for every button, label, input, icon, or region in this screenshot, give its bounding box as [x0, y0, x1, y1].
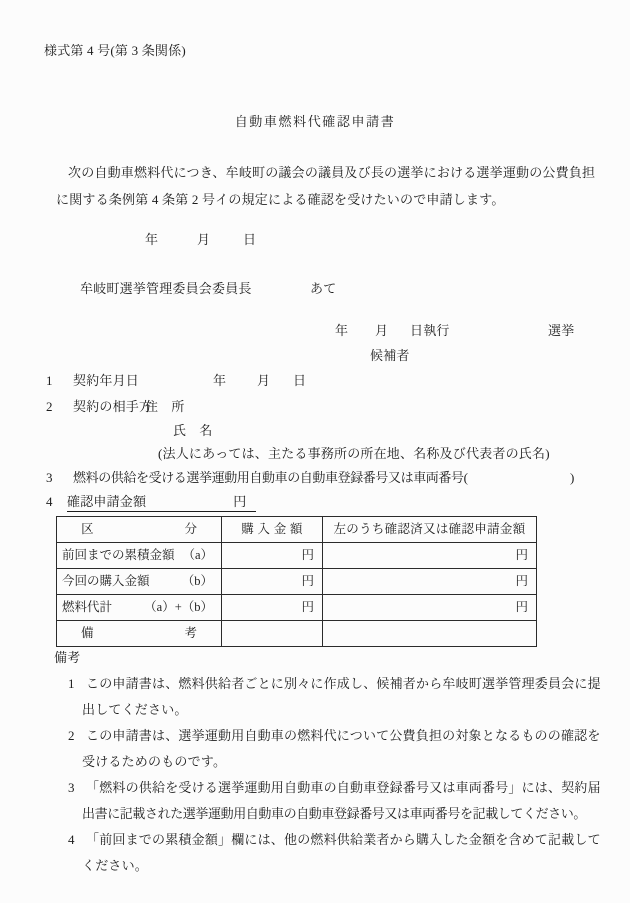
- application-date-day-label: 日: [243, 233, 256, 246]
- item2-address-label: 住 所: [145, 400, 185, 413]
- remarks-empty-cell: [222, 621, 323, 647]
- document-page: 様式第 4 号(第 3 条関係) 自動車燃料代確認申請書 次の自動車燃料代につき…: [0, 0, 630, 903]
- candidate-label: 候補者: [370, 349, 410, 362]
- header-confirmed-amount-cell: 左のうち確認済又は確認申請金額: [323, 517, 537, 543]
- application-date-month-label: 月: [197, 233, 210, 246]
- confirmed-amount-cell: 円: [323, 569, 537, 595]
- amount-table: 区分 購 入 金 額 左のうち確認済又は確認申請金額 前回までの累積金額（a） …: [56, 516, 537, 647]
- document-title: 自動車燃料代確認申請書: [0, 115, 630, 128]
- item4-number: 4: [46, 495, 53, 508]
- intro-line-2: に関する条例第 4 条第 2 号イの規定による確認を受けたいので申請します。: [56, 193, 505, 206]
- header-purchase-amount-cell: 購 入 金 額: [222, 517, 323, 543]
- table-header-row: 区分 購 入 金 額 左のうち確認済又は確認申請金額: [57, 517, 537, 543]
- application-date-year-label: 年: [145, 233, 158, 246]
- confirmed-amount-cell: 円: [323, 543, 537, 569]
- contract-month-label: 月: [257, 374, 270, 387]
- purchase-amount-cell: 円: [222, 595, 323, 621]
- table-row-remarks: 備考: [57, 621, 537, 647]
- note2-line2: 受けるためのものです。: [82, 755, 226, 768]
- note1-line2: 出してください。: [82, 703, 188, 716]
- item4-yen-label: 円: [233, 494, 246, 509]
- item4-label: 確認申請金額: [67, 494, 146, 509]
- row-label-cell: 燃料代計（a）+（b）: [57, 595, 222, 621]
- addressee-name: 牟岐町選挙管理委員会委員長: [80, 282, 252, 295]
- intro-line-1: 次の自動車燃料代につき、牟岐町の議会の議員及び長の選挙における選挙運動の公費負担: [68, 166, 595, 179]
- purchase-amount-cell: 円: [222, 569, 323, 595]
- remarks-label-cell: 備考: [57, 621, 222, 647]
- purchase-amount-cell: 円: [222, 543, 323, 569]
- note1-line1: この申請書は、燃料供給者ごとに別々に作成し、候補者から牟岐町選挙管理委員会に提: [86, 677, 601, 690]
- remarks-label-right: 考: [184, 627, 197, 640]
- item2-name-label: 氏 名: [173, 424, 213, 437]
- header-category-cell: 区分: [57, 517, 222, 543]
- remarks-empty-cell: [323, 621, 537, 647]
- item3-close-paren: ): [570, 471, 575, 484]
- item2-number: 2: [46, 400, 53, 413]
- note3-number: 3: [68, 781, 75, 794]
- header-category-right: 分: [184, 523, 197, 536]
- table-row-fuel-total: 燃料代計（a）+（b） 円 円: [57, 595, 537, 621]
- note1-number: 1: [68, 677, 75, 690]
- election-day-exec-label: 日執行: [410, 324, 450, 337]
- note3-line1: 「燃料の供給を受ける選挙運動用自動車の自動車登録番号又は車両番号」には、契約届: [86, 781, 601, 794]
- notes-title: 備考: [54, 651, 80, 664]
- item1-label: 契約年月日: [73, 374, 139, 387]
- note3-line2: 出書に記載された選挙運動用自動車の自動車登録番号又は車両番号を記載してください。: [82, 807, 586, 820]
- header-category-left: 区: [81, 523, 94, 536]
- item2-corporate-note: (法人にあっては、主たる事務所の所在地、名称及び代表者の氏名): [158, 447, 550, 460]
- row-label-cell: 前回までの累積金額（a）: [57, 543, 222, 569]
- item3-label: 燃料の供給を受ける選挙運動用自動車の自動車登録番号又は車両番号(: [73, 471, 468, 484]
- note2-number: 2: [68, 729, 75, 742]
- table-row-previous-total: 前回までの累積金額（a） 円 円: [57, 543, 537, 569]
- row-label-cell: 今回の購入金額（b）: [57, 569, 222, 595]
- note4-line2: ください。: [82, 859, 148, 872]
- row-label: 今回の購入金額: [62, 575, 150, 588]
- election-month-label: 月: [375, 324, 388, 337]
- table-row-current-purchase: 今回の購入金額（b） 円 円: [57, 569, 537, 595]
- item1-number: 1: [46, 374, 53, 387]
- addressee-to-label: あて: [310, 282, 336, 295]
- item4-amount-line: 確認申請金額円: [67, 495, 256, 512]
- form-number: 様式第 4 号(第 3 条関係): [44, 44, 186, 57]
- note2-line1: この申請書は、選挙運動用自動車の燃料代について公費負担の対象となるものの確認を: [86, 729, 601, 742]
- note4-line1: 「前回までの累積金額」欄には、他の燃料供給業者から購入した金額を含めて記載して: [86, 833, 601, 846]
- contract-year-label: 年: [213, 374, 226, 387]
- item2-label: 契約の相手方: [73, 400, 152, 413]
- confirmed-amount-cell: 円: [323, 595, 537, 621]
- row-key: （b）: [182, 575, 213, 588]
- row-label: 前回までの累積金額: [62, 549, 175, 562]
- contract-day-label: 日: [293, 374, 306, 387]
- remarks-label-left: 備: [81, 627, 94, 640]
- row-label: 燃料代計: [62, 601, 112, 614]
- item3-number: 3: [46, 471, 53, 484]
- row-key: （a）: [182, 549, 213, 562]
- election-year-label: 年: [335, 324, 348, 337]
- row-key: （a）+（b）: [144, 601, 213, 614]
- note4-number: 4: [68, 833, 75, 846]
- election-suffix-label: 選挙: [548, 324, 574, 337]
